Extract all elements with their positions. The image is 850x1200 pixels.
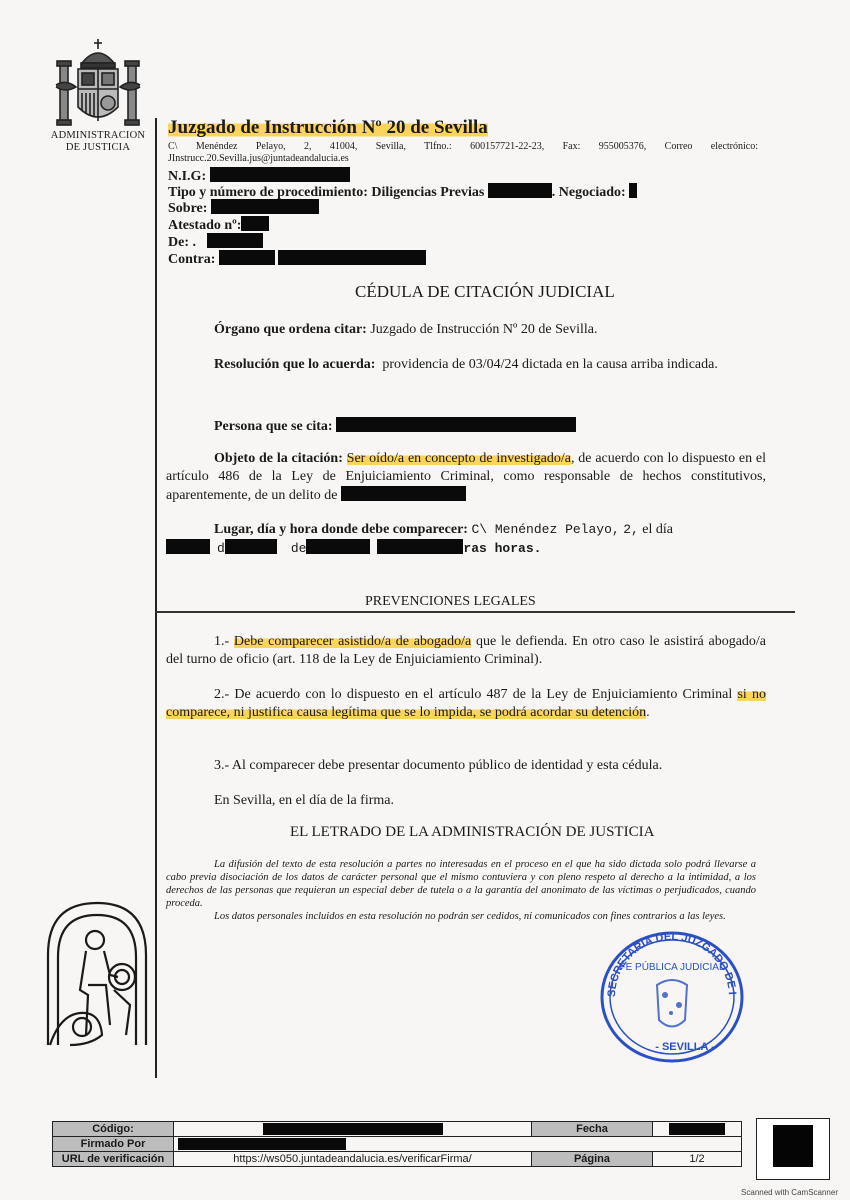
item1-highlight: Debe comparecer asistido/a de abogado/a bbox=[234, 634, 471, 649]
objeto-paragraph: Objeto de la citación: Ser oído/a en con… bbox=[166, 450, 766, 505]
lugar-dia: el día bbox=[642, 522, 673, 537]
organo-paragraph: Órgano que ordena citar: Juzgado de Inst… bbox=[166, 321, 766, 339]
de-field: De: . bbox=[168, 233, 263, 251]
emblem-label-line2: DE JUSTICIA bbox=[38, 142, 158, 154]
sobre-label: Sobre: bbox=[168, 201, 207, 216]
stamp-city: - SEVILLA - bbox=[655, 1041, 715, 1053]
privacy-notice-2: Los datos personales incluidos en esta r… bbox=[166, 910, 756, 923]
redaction-block bbox=[336, 417, 576, 432]
redaction-block bbox=[341, 486, 466, 501]
fecha-value bbox=[653, 1122, 742, 1137]
emblem-label: ADMINISTRACION DE JUSTICIA bbox=[38, 130, 158, 154]
item1-number: 1.- bbox=[214, 634, 229, 649]
redaction-block bbox=[166, 539, 210, 554]
lugar-de: de bbox=[291, 541, 307, 556]
persona-paragraph: Persona que se cita: bbox=[166, 417, 766, 436]
redaction-block bbox=[669, 1123, 725, 1135]
resolucion-value: providencia de 03/04/24 dictada en la ca… bbox=[382, 357, 717, 372]
redaction-block bbox=[211, 199, 319, 214]
privacy-notice-1: La difusión del texto de esta resolución… bbox=[166, 858, 756, 910]
lugar-d: d bbox=[217, 541, 225, 556]
prevencion-3: 3.- Al comparecer debe presentar documen… bbox=[166, 757, 766, 775]
signatory: EL LETRADO DE LA ADMINISTRACIÓN DE JUSTI… bbox=[290, 824, 654, 841]
verification-table: Código: Fecha Firmado Por URL de verific… bbox=[52, 1121, 742, 1167]
url-label: URL de verificación bbox=[53, 1152, 174, 1167]
court-stamp: SECRETARIA DEL JUZGADO DE INSTRUCCIÓN Nº… bbox=[597, 925, 747, 1065]
codigo-value bbox=[174, 1122, 532, 1137]
spain-coat-of-arms-icon bbox=[48, 35, 148, 130]
firmado-label: Firmado Por bbox=[53, 1137, 174, 1152]
redaction-block bbox=[278, 250, 426, 265]
redaction-block bbox=[629, 183, 637, 198]
objeto-highlight: Ser oído/a en concepto de investigado/a bbox=[347, 451, 571, 466]
margin-rule bbox=[155, 118, 157, 1078]
prevenciones-title: PREVENCIONES LEGALES bbox=[365, 594, 536, 610]
contra-label: Contra: bbox=[168, 252, 215, 267]
redaction-block bbox=[773, 1125, 813, 1167]
sobre-field: Sobre: bbox=[168, 199, 319, 217]
lugar-paragraph: Lugar, día y hora donde debe comparecer:… bbox=[166, 521, 766, 558]
pagina-label: Página bbox=[532, 1152, 653, 1167]
firmado-value bbox=[174, 1137, 742, 1152]
objeto-label: Objeto de la citación: bbox=[214, 451, 343, 466]
court-address: C\ Menéndez Pelayo, 2, 41004, Sevilla, T… bbox=[168, 141, 758, 165]
redaction-block bbox=[488, 183, 552, 198]
item3-text: 3.- Al comparecer debe presentar documen… bbox=[214, 758, 662, 773]
redaction-block bbox=[263, 1123, 443, 1135]
negociado-label: . Negociado: bbox=[552, 185, 626, 200]
resolucion-paragraph: Resolución que lo acuerda: providencia d… bbox=[166, 356, 766, 374]
redaction-block bbox=[207, 233, 263, 248]
organo-value: Juzgado de Instrucción Nº 20 de Sevilla. bbox=[370, 322, 597, 337]
pagina-value: 1/2 bbox=[653, 1152, 742, 1167]
redaction-block bbox=[306, 539, 370, 554]
procedure-label: Tipo y número de procedimiento: Diligenc… bbox=[168, 185, 484, 200]
resolucion-label: Resolución que lo acuerda: bbox=[214, 357, 375, 372]
closing-text: En Sevilla, en el día de la firma. bbox=[214, 793, 394, 808]
lugar-label: Lugar, día y hora donde debe comparecer: bbox=[214, 522, 468, 537]
nig-label: N.I.G: bbox=[168, 169, 206, 184]
section-divider bbox=[155, 611, 795, 613]
de-label: De: . bbox=[168, 235, 196, 250]
junta-andalucia-emblem-icon bbox=[40, 895, 155, 1050]
redaction-block bbox=[210, 167, 350, 182]
stamp-inner-text: FE PÚBLICA JUDICIAL bbox=[619, 960, 724, 973]
persona-label: Persona que se cita: bbox=[214, 419, 333, 434]
court-name: Juzgado de Instrucción Nº 20 de Sevilla bbox=[168, 117, 488, 138]
item2-end: . bbox=[646, 705, 650, 720]
item2-text: 2.- De acuerdo con lo dispuesto en el ar… bbox=[214, 687, 737, 702]
lugar-horas: ras horas. bbox=[463, 541, 541, 556]
qr-code-redacted bbox=[756, 1118, 830, 1180]
redaction-block bbox=[377, 539, 463, 554]
emblem-label-line1: ADMINISTRACION bbox=[38, 130, 158, 142]
fecha-label: Fecha bbox=[532, 1122, 653, 1137]
closing-line: En Sevilla, en el día de la firma. bbox=[166, 792, 766, 810]
court-title: Juzgado de Instrucción Nº 20 de Sevilla bbox=[168, 117, 488, 139]
lugar-value: C\ Menéndez Pelayo, bbox=[471, 522, 619, 537]
redaction-block bbox=[225, 539, 277, 554]
document-title: CÉDULA DE CITACIÓN JUDICIAL bbox=[355, 282, 615, 302]
url-value[interactable]: https://ws050.juntadeandalucia.es/verifi… bbox=[174, 1152, 532, 1167]
lugar-number: 2, bbox=[623, 522, 639, 537]
contra-field: Contra: bbox=[168, 250, 426, 268]
atestado-field: Atestado nº: bbox=[168, 216, 269, 234]
prevencion-2: 2.- De acuerdo con lo dispuesto en el ar… bbox=[166, 686, 766, 722]
prevencion-1: 1.- Debe comparecer asistido/a de abogad… bbox=[166, 633, 766, 669]
codigo-label: Código: bbox=[53, 1122, 174, 1137]
scanner-watermark: Scanned with CamScanner bbox=[741, 1188, 838, 1197]
redaction-block bbox=[241, 216, 269, 231]
redaction-block bbox=[178, 1138, 346, 1150]
organo-label: Órgano que ordena citar: bbox=[214, 322, 367, 337]
atestado-label: Atestado nº: bbox=[168, 218, 241, 233]
redaction-block bbox=[219, 250, 275, 265]
